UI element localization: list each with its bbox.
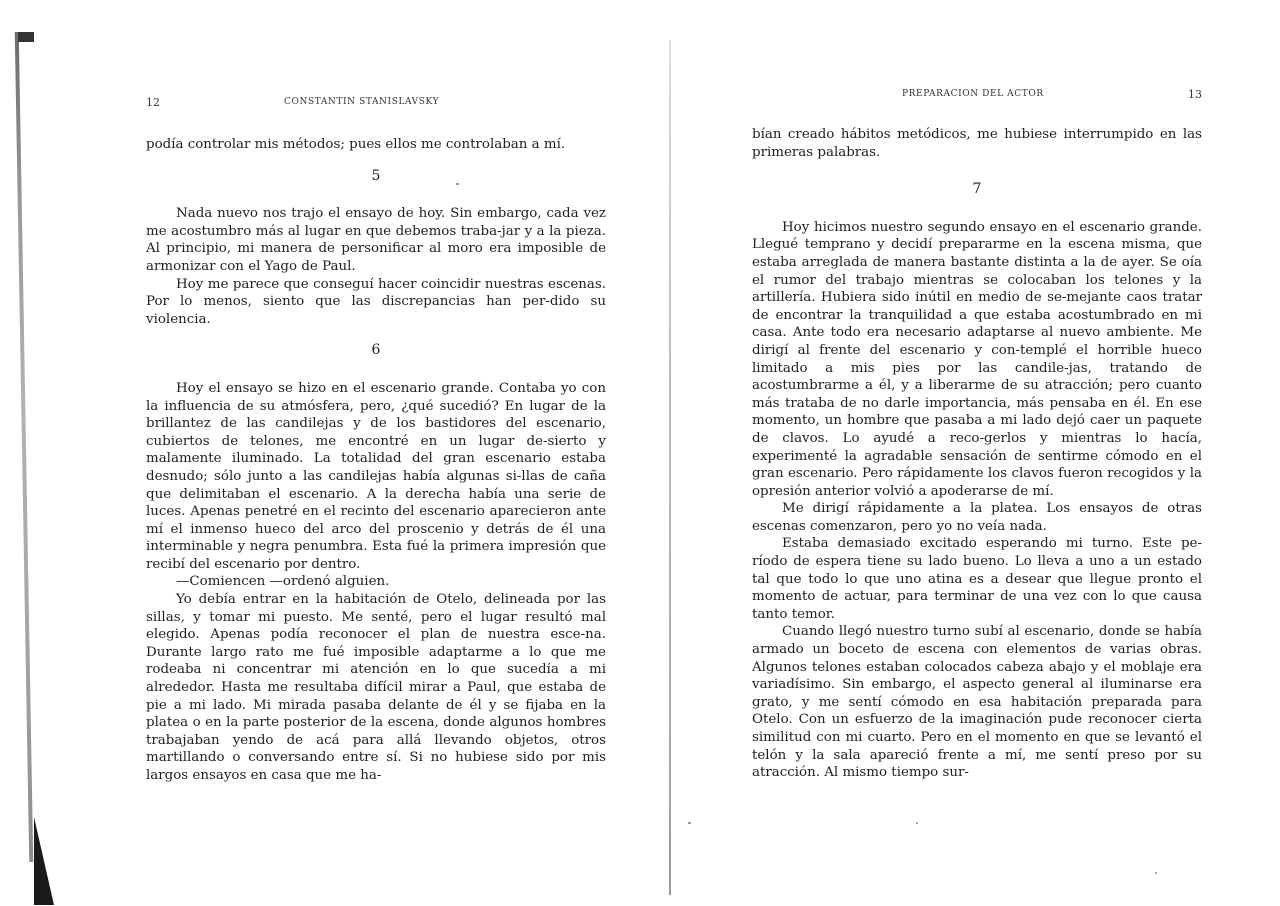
running-head: 12 CONSTANTIN STANISLAVSKY xyxy=(146,97,606,115)
scan-speck xyxy=(916,822,918,824)
section-number: 5 xyxy=(146,168,606,186)
paragraph: Yo debía entrar en la habitación de Otel… xyxy=(146,591,606,785)
paragraph: Nada nuevo nos trajo el ensayo de hoy. S… xyxy=(146,205,606,275)
paragraph: Hoy el ensayo se hizo en el escenario gr… xyxy=(146,380,606,574)
continued-paragraph: bían creado hábitos metódicos, me hubies… xyxy=(752,126,1202,161)
paragraph: Hoy hicimos nuestro segundo ensayo en el… xyxy=(752,219,1202,501)
page-number: 12 xyxy=(146,96,160,109)
page-body: bían creado hábitos metódicos, me hubies… xyxy=(752,126,1202,782)
page-number: 13 xyxy=(1188,88,1202,101)
paragraph: Hoy me parece que conseguí hacer coincid… xyxy=(146,276,606,329)
section-number: 7 xyxy=(752,181,1202,199)
binding-corner-top xyxy=(18,32,34,42)
page-body: podía controlar mis métodos; pues ellos … xyxy=(146,136,606,785)
running-head: PREPARACION DEL ACTOR 13 xyxy=(752,89,1202,107)
left-page: 12 CONSTANTIN STANISLAVSKY podía control… xyxy=(146,0,606,18)
binding-strip xyxy=(15,32,33,862)
right-page: PREPARACION DEL ACTOR 13 bían creado háb… xyxy=(752,0,1202,18)
continued-paragraph: podía controlar mis métodos; pues ellos … xyxy=(146,136,606,154)
section-number: 6 xyxy=(146,342,606,360)
running-head-title: PREPARACION DEL ACTOR xyxy=(902,89,1202,99)
binding-corner-bottom xyxy=(34,817,54,905)
paragraph: Estaba demasiado excitado esperando mi t… xyxy=(752,535,1202,623)
dialogue-line: —Comiencen —ordenó alguien. xyxy=(146,573,606,591)
scan-binding-shadow-left xyxy=(18,32,28,906)
running-head-title: CONSTANTIN STANISLAVSKY xyxy=(186,97,606,107)
book-gutter xyxy=(669,40,671,895)
paragraph: Cuando llegó nuestro turno subí al escen… xyxy=(752,623,1202,781)
paragraph: Me dirigí rápidamente a la platea. Los e… xyxy=(752,500,1202,535)
scan-speck xyxy=(688,822,691,824)
scan-speck xyxy=(1155,872,1157,874)
